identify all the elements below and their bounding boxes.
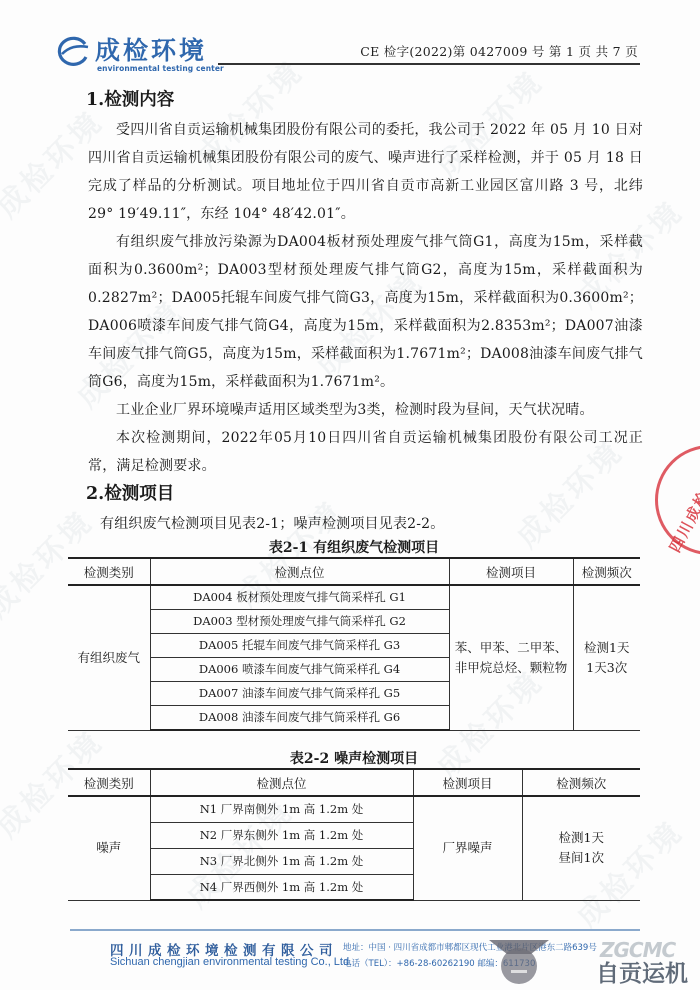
paragraph-operating-status: 本次检测期间，2022年05月10日四川省自贡运输机械集团股份有限公司工况正常，… <box>88 424 643 480</box>
table-exhaust-gas-items: 检测类别 检测点位 检测项目 检测频次 有组织废气 DA004 板材预处理废气排… <box>68 557 640 731</box>
table-row: 有组织废气 DA004 板材预处理废气排气筒采样孔 G1 苯、甲苯、二甲苯、 非… <box>68 585 640 609</box>
table1-frequency-cell: 检测1天 1天3次 <box>573 585 640 730</box>
report-body: 1.检测内容 受四川省自贡运输机械集团股份有限公司的委托，我公司于 2022 年… <box>88 88 643 538</box>
table1-items-line2: 非甲烷总烃、颗粒物 <box>450 658 573 678</box>
table2-frequency-cell: 检测1天 昼间1次 <box>522 796 640 900</box>
footer-phone: 电话（TEL）：+86-28-60262190 邮编：611730 <box>343 956 597 972</box>
table1-frequency-line2: 1天3次 <box>574 658 641 678</box>
table1-header-item: 检测项目 <box>449 558 573 585</box>
table2-point-cell: N1 厂界南侧外 1m 高 1.2m 处 <box>150 796 413 822</box>
logo-text-en: environmental testing center <box>97 64 224 73</box>
section-title-detection-content: 1.检测内容 <box>86 88 643 112</box>
footer-contact: 地址：中国 · 四川省成都市郫都区现代工业港北片区港东二路639号 电话（TEL… <box>343 940 597 972</box>
seal-text: 四川成检环境 <box>664 456 700 556</box>
table1-header-category: 检测类别 <box>68 558 150 585</box>
table1-frequency-line1: 检测1天 <box>574 638 641 658</box>
brand-en: ZGCMC <box>600 939 700 961</box>
table1-point-cell: DA008 油漆车间废气排气筒采样孔 G6 <box>150 705 449 730</box>
logo-text-cn: 成检环境 <box>95 37 207 65</box>
table2-point-cell: N4 厂界西侧外 1m 高 1.2m 处 <box>150 874 413 900</box>
table2-header-point: 检测点位 <box>150 769 413 796</box>
table-noise-items: 检测类别 检测点位 检测项目 检测频次 噪声 N1 厂界南侧外 1m 高 1.2… <box>68 768 640 901</box>
table2-category-cell: 噪声 <box>68 796 150 900</box>
zgcmc-emblem-icon <box>485 930 553 988</box>
table2-item-cell: 厂界噪声 <box>413 796 522 900</box>
footer-rule <box>70 929 640 931</box>
table2-header-row: 检测类别 检测点位 检测项目 检测频次 <box>68 769 640 796</box>
paragraph-commission: 受四川省自贡运输机械集团股份有限公司的委托，我公司于 2022 年 05 月 1… <box>88 116 643 228</box>
table2-caption: 表2-2 噪声检测项目 <box>68 748 640 768</box>
paragraph-table-reference: 有组织废气检测项目见表2-1；噪声检测项目见表2-2。 <box>100 510 643 538</box>
logo-e-icon <box>55 36 91 66</box>
table2-frequency-line2: 昼间1次 <box>523 848 641 868</box>
table1-point-cell: DA005 托辊车间废气排气筒采样孔 G3 <box>150 633 449 657</box>
table1-caption: 表2-1 有组织废气检测项目 <box>68 537 640 557</box>
section-title-detection-items: 2.检测项目 <box>86 482 643 506</box>
table1-items-line1: 苯、甲苯、二甲苯、 <box>450 638 573 658</box>
table1-header-point: 检测点位 <box>150 558 449 585</box>
table1-point-cell: DA006 喷漆车间废气排气筒采样孔 G4 <box>150 657 449 681</box>
table2-point-cell: N3 厂界北侧外 1m 高 1.2m 处 <box>150 848 413 874</box>
table2-header-category: 检测类别 <box>68 769 150 796</box>
table2-point-cell: N2 厂界东侧外 1m 高 1.2m 处 <box>150 822 413 848</box>
table1-point-cell: DA007 油漆车间废气排气筒采样孔 G5 <box>150 681 449 705</box>
table1-items-cell: 苯、甲苯、二甲苯、 非甲烷总烃、颗粒物 <box>449 585 573 730</box>
table2-header-item: 检测项目 <box>413 769 522 796</box>
paragraph-noise-conditions: 工业企业厂界环境噪声适用区域类型为3类，检测时段为昼间，天气状况晴。 <box>88 396 643 424</box>
footer-company-en: Sichuan chengjian environmental testing … <box>110 956 352 968</box>
footer-address: 地址：中国 · 四川省成都市郫都区现代工业港北片区港东二路639号 <box>343 940 597 956</box>
company-logo: 成检环境 environmental testing center <box>55 36 224 73</box>
table-row: 噪声 N1 厂界南侧外 1m 高 1.2m 处 厂界噪声 检测1天 昼间1次 <box>68 796 640 822</box>
official-seal-stamp: 四川成检环境 <box>655 445 700 555</box>
table1-point-cell: DA003 型材预处理废气排气筒采样孔 G2 <box>150 609 449 633</box>
report-number: CE 检字(2022)第 0427009 号 第 1 页 共 7 页 <box>360 42 638 60</box>
brand-cn: 自贡运机 <box>596 961 700 987</box>
zgcmc-brand-overlay: ZGCMC 自贡运机 <box>600 939 700 987</box>
table1-point-cell: DA004 板材预处理废气排气筒采样孔 G1 <box>150 585 449 609</box>
table1-category-cell: 有组织废气 <box>68 585 150 730</box>
table2-frequency-line1: 检测1天 <box>523 828 641 848</box>
header-rule <box>218 63 640 65</box>
table1-header-frequency: 检测频次 <box>573 558 640 585</box>
page-header: 成检环境 environmental testing center CE 检字(… <box>0 0 700 75</box>
table1-header-row: 检测类别 检测点位 检测项目 检测频次 <box>68 558 640 585</box>
paragraph-emission-sources: 有组织废气排放污染源为DA004板材预处理废气排气筒G1，高度为15m，采样截面… <box>88 228 643 396</box>
table2-header-frequency: 检测频次 <box>522 769 640 796</box>
